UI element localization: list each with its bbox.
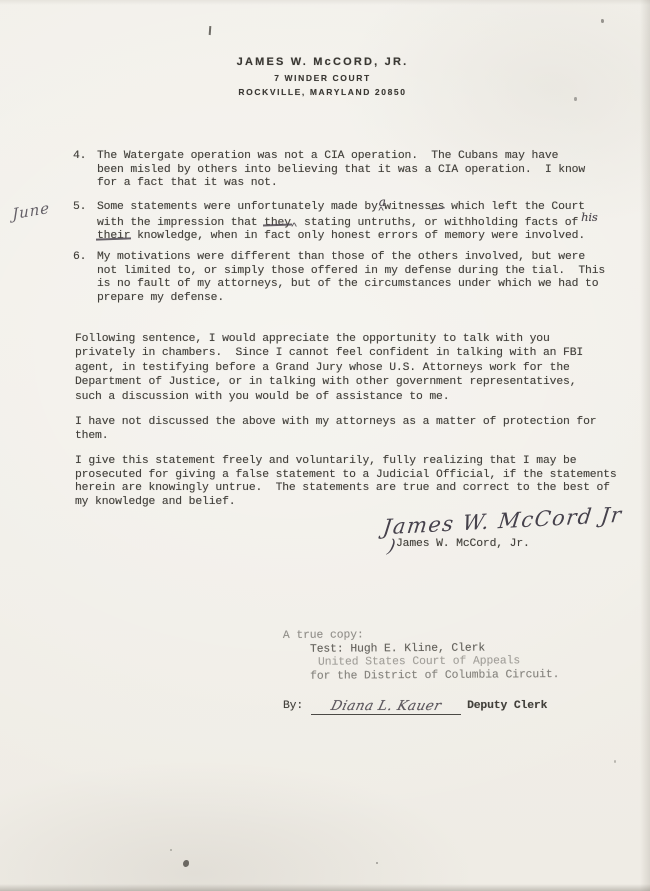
paragraph-line: herein are knowingly untrue. The stateme… <box>75 482 617 496</box>
scan-edge-bottom <box>0 884 650 891</box>
paragraph-line: Department of Justice, or in talking wit… <box>75 375 583 389</box>
letterhead-name: JAMES W. McCORD, JR. <box>0 56 645 68</box>
by-label: By: <box>283 700 303 712</box>
paragraph-attorneys: I have not discussed the above with my a… <box>75 416 596 443</box>
paragraph-line: not limited to, or simply those offered … <box>97 265 605 279</box>
paragraph-line: for a fact that it was not. <box>97 177 585 191</box>
scan-artifact-bottom-blob <box>183 860 189 867</box>
scan-edge-right <box>640 0 650 891</box>
paragraph-line: Following sentence, I would appreciate t… <box>75 332 583 346</box>
paragraph-line: prosecuted for giving a false statement … <box>75 469 617 483</box>
paragraph-line: them. <box>75 430 596 444</box>
deputy-clerk-title: Deputy Clerk <box>467 700 547 712</box>
list-item-5-number: 5. <box>73 201 86 215</box>
paragraph-line: The Watergate operation was not a CIA op… <box>97 150 585 164</box>
paragraph-line: My motivations were different than those… <box>97 251 605 265</box>
margin-handwritten-note: June <box>12 199 50 224</box>
paragraph-line-edited: Some statements were unfortunately made … <box>97 201 598 215</box>
deputy-clerk-handwritten-signature: Diana L. Kauer <box>329 700 442 714</box>
struck-text-their: their <box>97 230 130 244</box>
scanned-letter-page: JAMES W. McCORD, JR. 7 WINDER COURT ROCK… <box>0 0 650 891</box>
scan-artifact-dot <box>614 760 616 763</box>
clerk-certification-stamp: A true copy: Test: Hugh E. Kline, Clerk … <box>283 628 560 684</box>
scan-edge-top <box>0 0 650 5</box>
paragraph-line: is no fault of my attorneys, but of the … <box>97 278 605 292</box>
list-item-5: 5. Some statements were unfortunately ma… <box>97 201 598 244</box>
letterhead: JAMES W. McCORD, JR. 7 WINDER COURT ROCK… <box>0 56 645 97</box>
scan-artifact-tick <box>209 26 211 35</box>
caret-mark: ^ <box>378 207 384 217</box>
scan-artifact-dot <box>376 862 378 864</box>
paragraph-statement: I give this statement freely and volunta… <box>75 455 617 509</box>
mccord-typed-name: James W. McCord, Jr. <box>396 538 530 552</box>
list-item-6: 6. My motivations were different than th… <box>97 251 605 305</box>
list-item-4: 4. The Watergate operation was not a CIA… <box>97 150 585 191</box>
caret-mark: ^ <box>291 222 297 232</box>
paragraph-line-edited: their knowledge, when in fact only hones… <box>97 230 598 244</box>
letterhead-address-city: ROCKVILLE, MARYLAND 20850 <box>0 87 645 97</box>
paragraph-chambers-request: Following sentence, I would appreciate t… <box>75 332 583 404</box>
paragraph-line: prepare my defense. <box>97 292 605 306</box>
paragraph-line: privately in chambers. Since I cannot fe… <box>75 346 583 360</box>
paragraph-line: I give this statement freely and volunta… <box>75 455 617 469</box>
scan-artifact-topright <box>601 19 604 23</box>
deputy-clerk-row: By:Diana L. KauerDeputy Clerk <box>283 698 547 715</box>
letterhead-address-street: 7 WINDER COURT <box>0 73 645 83</box>
paragraph-line: such a discussion with you would be of a… <box>75 390 583 404</box>
scan-artifact-dot <box>170 849 172 851</box>
struck-text-they: they <box>264 217 291 231</box>
signature-rule-line: Diana L. Kauer <box>311 698 461 715</box>
paragraph-line: been misled by others into believing tha… <box>97 164 585 178</box>
scan-artifact-letterhead-speck <box>574 97 577 101</box>
list-item-6-number: 6. <box>73 251 86 265</box>
list-item-4-number: 4. <box>73 150 86 164</box>
paragraph-line-edited: with the impression that they^ stating u… <box>97 215 598 231</box>
circuit-line: for the District of Columbia Circuit. <box>310 669 559 684</box>
struck-text: es <box>431 201 444 215</box>
paragraph-line: agent, in testifying before a Grand Jury… <box>75 361 583 375</box>
handwritten-insert-his: his <box>581 210 598 224</box>
paragraph-line: I have not discussed the above with my a… <box>75 416 596 430</box>
